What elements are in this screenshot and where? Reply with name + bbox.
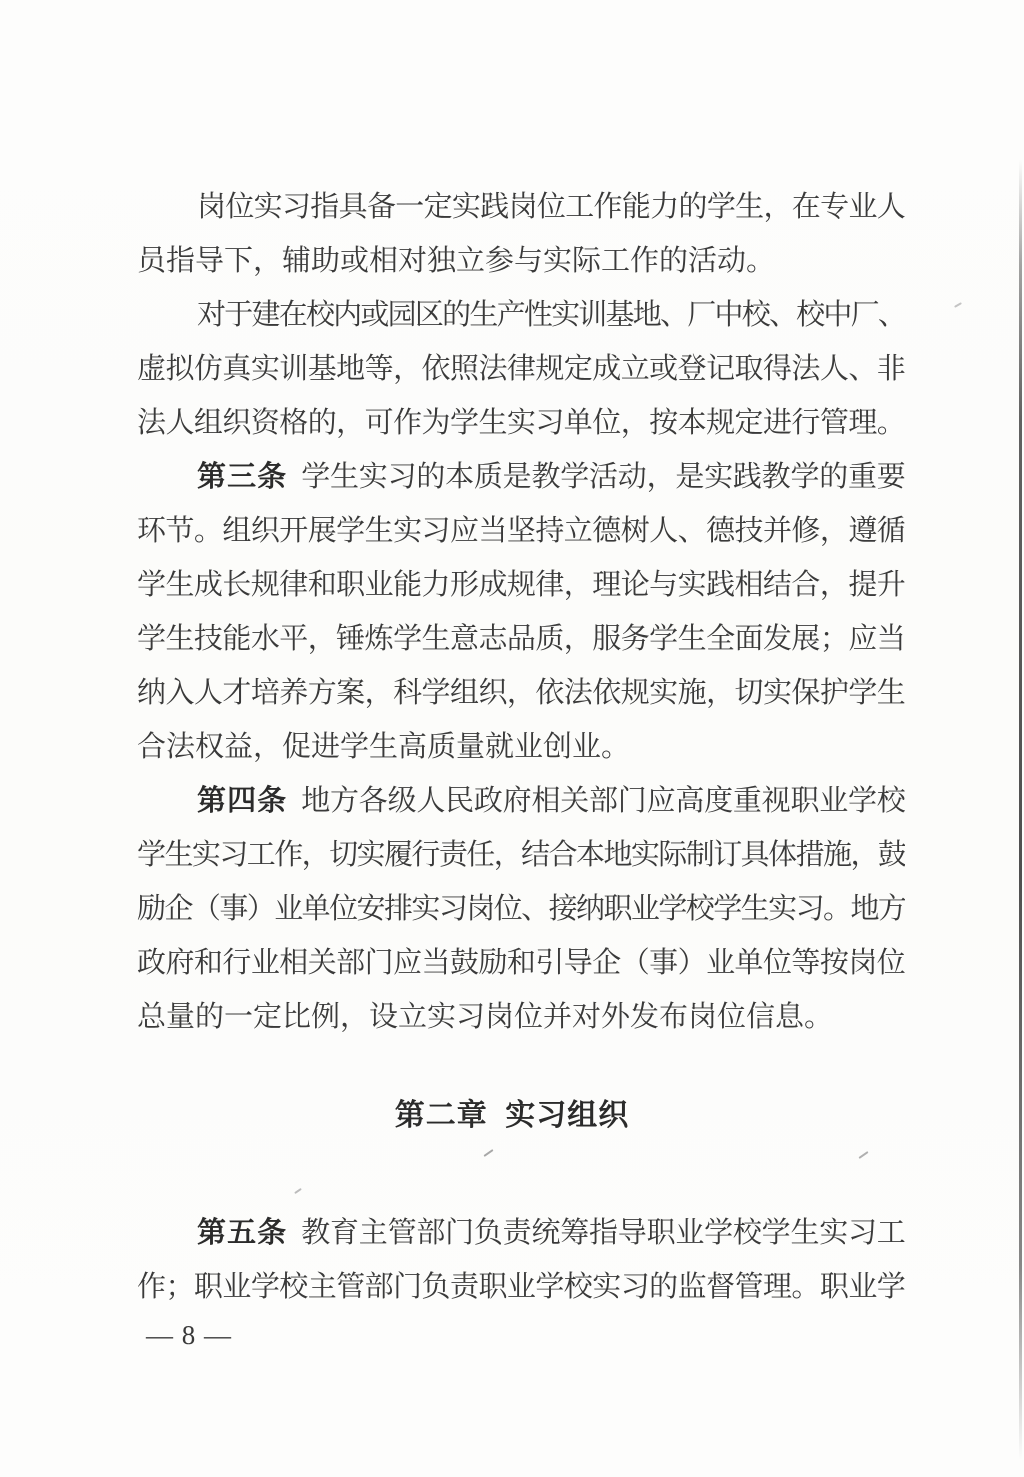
article-number: 第三条 (197, 461, 287, 493)
line-text: 地方各级人民政府相关部门应高度重视职业学校 (301, 785, 905, 817)
text-line: 励企（事）业单位安排实习岗位、接纳职业学校学生实习。地方 (137, 882, 905, 936)
scan-speck (954, 302, 962, 308)
article-number: 第五条 (197, 1217, 287, 1249)
text-line: 总量的一定比例，设立实习岗位并对外发布岗位信息。 (137, 990, 905, 1044)
text-line: 环节。组织开展学生实习应当坚持立德树人、德技并修，遵循 (137, 504, 905, 558)
text-line: 学生成长规律和职业能力形成规律，理论与实践相结合，提升 (137, 558, 905, 612)
body-text-block: 岗位实习指具备一定实践岗位工作能力的学生，在专业人 员指导下，辅助或相对独立参与… (137, 180, 905, 1044)
scan-speck (483, 1149, 493, 1157)
line-text: 学生实习的本质是教学活动，是实践教学的重要 (301, 461, 905, 493)
text-line: 虚拟仿真实训基地等，依照法律规定成立或登记取得法人、非 (137, 342, 905, 396)
text-line: 作；职业学校主管部门负责职业学校实习的监督管理。职业学 (137, 1260, 905, 1314)
body-text-block-2: 第五条教育主管部门负责统筹指导职业学校学生实习工 作；职业学校主管部门负责职业学… (137, 1206, 905, 1314)
text-line: 法人组织资格的，可作为学生实习单位，按本规定进行管理。 (137, 396, 905, 450)
text-line-article-5: 第五条教育主管部门负责统筹指导职业学校学生实习工 (137, 1206, 905, 1260)
scanned-document-page: 岗位实习指具备一定实践岗位工作能力的学生，在专业人 员指导下，辅助或相对独立参与… (0, 0, 1024, 1477)
text-line-article-4: 第四条地方各级人民政府相关部门应高度重视职业学校 (137, 774, 905, 828)
text-line: 合法权益，促进学生高质量就业创业。 (137, 720, 905, 774)
text-line: 纳入人才培养方案，科学组织，依法依规实施，切实保护学生 (137, 666, 905, 720)
text-line: 学生实习工作，切实履行责任，结合本地实际制订具体措施，鼓 (137, 828, 905, 882)
page-number: — 8 — (146, 1320, 232, 1351)
scan-edge-artifact (1019, 160, 1022, 1460)
text-line: 员指导下，辅助或相对独立参与实际工作的活动。 (137, 234, 905, 288)
article-number: 第四条 (197, 785, 287, 817)
text-line: 对于建在校内或园区的生产性实训基地、厂中校、校中厂、 (137, 288, 905, 342)
text-line: 岗位实习指具备一定实践岗位工作能力的学生，在专业人 (137, 180, 905, 234)
text-line-article-3: 第三条学生实习的本质是教学活动，是实践教学的重要 (137, 450, 905, 504)
text-line: 政府和行业相关部门应当鼓励和引导企（事）业单位等按岗位 (137, 936, 905, 990)
line-text: 教育主管部门负责统筹指导职业学校学生实习工 (301, 1217, 905, 1249)
scan-speck (294, 1188, 302, 1194)
text-line: 学生技能水平，锤炼学生意志品质，服务学生全面发展；应当 (137, 612, 905, 666)
chapter-heading: 第二章 实习组织 (0, 1094, 1024, 1138)
scan-speck (858, 1151, 868, 1159)
